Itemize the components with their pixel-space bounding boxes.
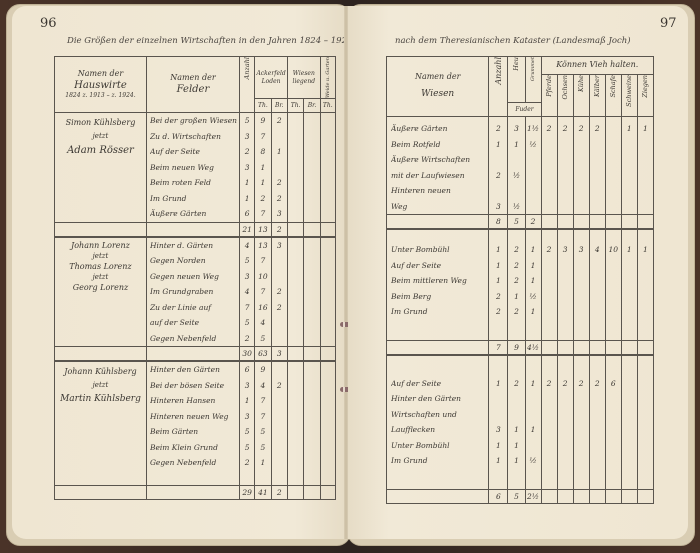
land-register-table: Namen der Hauswirte 1824 z. 1913 – z. 19…: [54, 56, 336, 500]
subheader-br-2: Br.: [304, 99, 320, 113]
owner-entry: Johann Lorenz jetzt Thomas Lorenz jetzt …: [55, 237, 336, 347]
entry-total: 21 13 2: [55, 222, 336, 237]
arable-th-values: 9477551: [255, 361, 271, 485]
subheader-th-2: Th.: [287, 99, 303, 113]
owner-entry: Johann Kühlsberg jetzt Martin Kühlsberg …: [55, 361, 336, 485]
hay-values: 2111: [508, 355, 525, 490]
header-goats: Ziegen: [637, 75, 653, 117]
count-values: 2123: [489, 117, 508, 215]
header-pigs: Schweine: [621, 75, 637, 117]
header-pasture: Weide u. Garten: [320, 57, 335, 99]
header-arable: Ackerfeld Loden: [255, 57, 288, 99]
meadow-entry: Auf der SeiteHinter den GärtenWirtschaft…: [387, 355, 654, 490]
left-page-heading: Die Größen der einzelnen Wirtschaften in…: [67, 36, 345, 46]
arable-br-values: 21223: [271, 113, 287, 223]
field-names: Bei der großen WiesenZu d. WirtschaftenA…: [146, 113, 239, 223]
count-values: 4534752: [239, 237, 254, 347]
header-meadow-name: Namen der Wiesen: [387, 57, 489, 117]
count-values: 5323116: [239, 113, 254, 223]
arable-br-values: 2: [271, 361, 287, 485]
meadow-names: Unter BombühlAuf der SeiteBeim mittleren…: [387, 229, 489, 340]
meadow-register-table: Namen der Wiesen Anzahl Heu Grummet Könn…: [386, 56, 654, 504]
right-page: 97 nach dem Theresianischen Kataster (La…: [348, 6, 688, 539]
header-owner: Namen der Hauswirte 1824 z. 1913 – z. 19…: [55, 57, 147, 113]
subheader-th-1: Th.: [255, 99, 271, 113]
header-count: Anzahl: [239, 57, 254, 113]
entry-total: 6 5 2½: [387, 489, 654, 503]
count-values: 6313552: [239, 361, 254, 485]
aftermath-values: 111½1: [525, 229, 541, 340]
meadow-names: Äußere GärtenBeim RotfeldÄußere Wirtscha…: [387, 117, 489, 215]
count-values: 11122: [489, 229, 508, 340]
hay-values: 31½½: [508, 117, 525, 215]
page-number-right: 97: [660, 16, 677, 31]
owner-name: Simon Kühlsberg jetzt Adam Rösser: [55, 113, 147, 223]
owner-name: Johann Lorenz jetzt Thomas Lorenz jetzt …: [55, 237, 147, 347]
aftermath-values: 1½½: [525, 117, 541, 215]
entry-total: 8 5 2: [387, 215, 654, 230]
left-page: 96 Die Größen der einzelnen Wirtschaften…: [12, 6, 345, 539]
subheader-fuder: Fuder: [508, 103, 541, 117]
field-names: Hinter d. GärtenGegen NordenGegen neuen …: [146, 237, 239, 347]
hay-values: 22212: [508, 229, 525, 340]
field-names: Hinter den GärtenBei der bösen SeiteHint…: [146, 361, 239, 485]
arable-th-values: 9781127: [255, 113, 271, 223]
count-values: 1311: [489, 355, 508, 490]
header-oxen: Ochsen: [557, 75, 573, 117]
owner-entry: Simon Kühlsberg jetzt Adam Rösser Bei de…: [55, 113, 336, 223]
owner-name: Johann Kühlsberg jetzt Martin Kühlsberg: [55, 361, 147, 485]
meadow-entry: Unter BombühlAuf der SeiteBeim mittleren…: [387, 229, 654, 340]
arable-br-values: 322: [271, 237, 287, 347]
arable-th-values: 1371071645: [255, 237, 271, 347]
header-horses: Pferde: [541, 75, 557, 117]
entry-total: 7 9 4½: [387, 340, 654, 355]
header-calves: Kälber: [589, 75, 605, 117]
meadow-names: Auf der SeiteHinter den GärtenWirtschaft…: [387, 355, 489, 490]
page-number-left: 96: [40, 16, 57, 31]
header-meadow: Wiesen liegend: [287, 57, 320, 99]
header-count: Anzahl: [489, 57, 508, 117]
header-fields: Namen der Felder: [146, 57, 239, 113]
right-page-heading: nach dem Theresianischen Kataster (Lande…: [395, 36, 631, 46]
aftermath-values: 11½: [525, 355, 541, 490]
subheader-br-1: Br.: [271, 99, 287, 113]
entry-total: 29 41 2: [55, 485, 336, 499]
entry-total: 30 63 3: [55, 347, 336, 362]
subheader-th-3: Th.: [320, 99, 335, 113]
header-livestock: Können Vieh halten.: [541, 57, 653, 75]
header-aftermath: Grummet: [525, 57, 541, 103]
header-hay: Heu: [508, 57, 525, 103]
header-cows: Kühe: [573, 75, 589, 117]
header-sheep: Schafe: [605, 75, 621, 117]
meadow-entry: Äußere GärtenBeim RotfeldÄußere Wirtscha…: [387, 117, 654, 215]
